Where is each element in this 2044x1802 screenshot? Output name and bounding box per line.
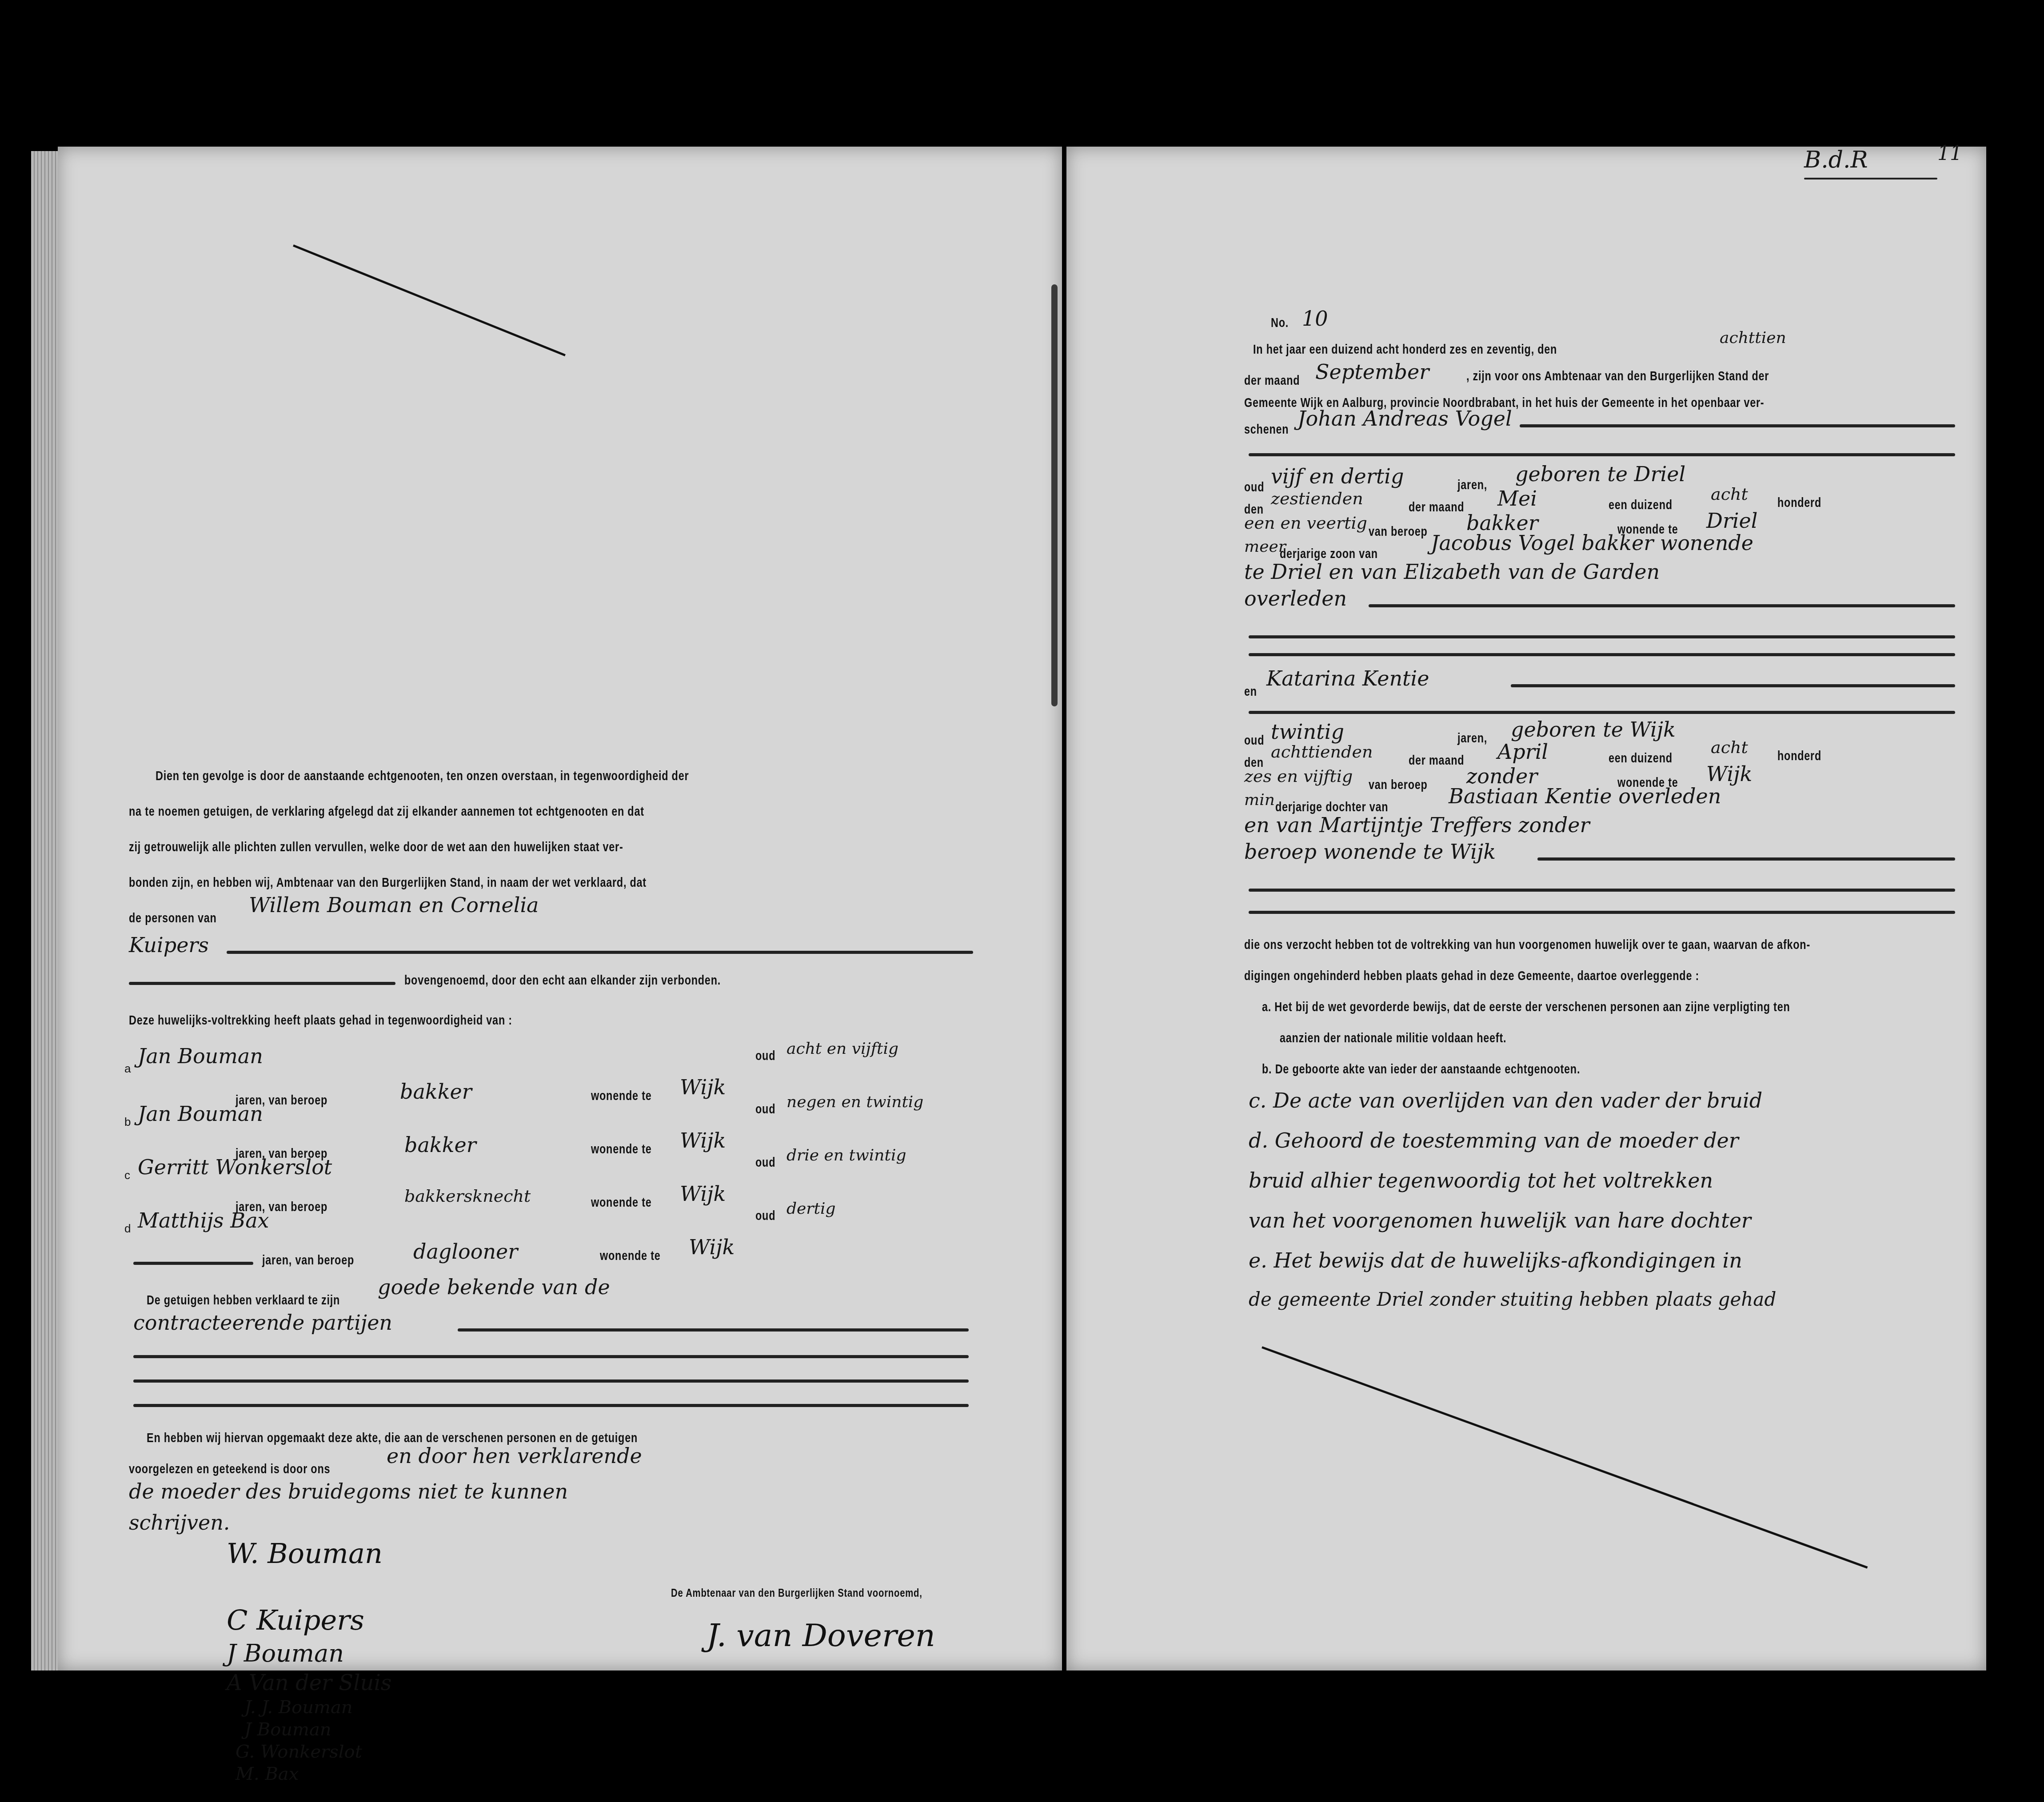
fill-line [1520,424,1955,427]
signature: G. Wonkerslot [236,1742,362,1762]
document-item-a: aanzien der nationale militie voldaan he… [1280,1031,1506,1046]
witness-name: Gerritt Wonkerslot [138,1155,332,1179]
persons-value: Willem Bouman en Cornelia [249,893,539,917]
signature: M. Bax [236,1764,299,1784]
fill-line [1511,684,1955,687]
page-number: 11 [1937,142,1962,165]
official-label: De Ambtenaar van den Burgerlijken Stand … [671,1586,922,1600]
witness-name: Jan Bouman [138,1102,263,1126]
presence-intro: Deze huwelijks-voltrekking heeft plaats … [129,1013,512,1028]
groom-birth-month: Mei [1497,486,1537,510]
handwritten-item: e. Het bewijs dat de huwelijks-afkondigi… [1249,1248,1742,1272]
closing-handwritten: schrijven. [129,1511,230,1535]
groom-birth-year: een en veertig [1244,513,1367,533]
fill-line [1249,911,1955,914]
fill-line [227,951,973,954]
document-item-b: b. De geboorte akte van ieder der aansta… [1262,1062,1580,1077]
declaration-line: Dien ten gevolge is door de aanstaande e… [156,769,689,784]
bride-parents: en van Martijntje Treffers zonder [1244,813,1589,837]
bride-residence: Wijk [1706,762,1752,786]
right-page: B.d.R 11 No. 10 In het jaar een duizend … [1066,147,1986,1670]
witness-residence: Wijk [680,1075,726,1099]
handwritten-item: bruid alhier tegenwoordig tot het voltre… [1249,1168,1713,1192]
persons-label: de personen van [129,911,217,926]
witness-statement: goede bekende van de [378,1275,610,1299]
request-text: digingen ongehinderd hebben plaats gehad… [1244,969,1699,984]
witness-age: drie en twintig [786,1146,906,1164]
register-book: Dien ten gevolge is door de aanstaande e… [31,133,1991,1697]
bride-parents: Bastiaan Kentie overleden [1449,784,1721,808]
bride-name: Katarina Kentie [1266,666,1429,690]
bride-birth-year-hundreds: acht [1711,738,1748,757]
declaration-line: bonden zijn, en hebben wij, Ambtenaar va… [129,875,647,890]
fill-line [1249,653,1955,656]
intro-text: In het jaar een duizend acht honderd zes… [1253,342,1557,357]
closing-handwritten: en door hen verklarende [387,1444,642,1468]
witness-residence: Wijk [680,1182,726,1206]
fill-line [1249,635,1955,638]
persons-value: Kuipers [129,933,209,957]
bride-birth-month: April [1497,740,1548,764]
fill-line [1249,889,1955,892]
persons-suffix: bovengenoemd, door den echt aan elkander… [404,973,721,988]
fill-line [133,1404,969,1407]
fill-line [133,1262,253,1265]
witness-residence: Wijk [680,1128,726,1152]
left-page: Dien ten gevolge is door de aanstaande e… [58,147,1062,1670]
record-number-label: No. [1271,315,1289,331]
marriage-month: September [1315,360,1429,384]
bride-birthplace: geboren te Wijk [1511,718,1676,742]
closing-handwritten: de moeder des bruidegoms niet te kunnen [129,1479,568,1503]
strike-line-bottom [1262,1346,1868,1569]
signature: J. J. Bouman [244,1697,353,1718]
marriage-day: achttien [1720,329,1786,347]
witness-statement-label: De getuigen hebben verklaard te zijn [147,1293,340,1308]
bride-birth-day: achttienden [1271,742,1373,761]
closing-text: En hebben wij hiervan opgemaakt deze akt… [147,1431,638,1446]
signature: C Kuipers [227,1604,364,1636]
record-number: 10 [1302,307,1328,331]
witness-statement: contracteerende partijen [133,1311,392,1335]
bride-parents: beroep wonende te Wijk [1244,840,1496,864]
signature: W. Bouman [227,1537,383,1570]
closing-text: voorgelezen en geteekend is door ons [129,1462,330,1477]
document-item-a: a. Het bij de wet gevorderde bewijs, dat… [1262,1000,1790,1015]
groom-parents: te Driel en van Elizabeth van de Garden [1244,560,1660,584]
fill-line [1249,453,1955,456]
underline [1804,178,1937,179]
witness-profession: bakkersknecht [404,1186,531,1206]
signature: J Bouman [244,1719,331,1740]
book-gutter [1051,284,1058,706]
signature: J Bouman [227,1639,344,1667]
groom-parents: Jacobus Vogel bakker wonende [1431,531,1753,555]
fill-line [458,1328,969,1332]
handwritten-item: de gemeente Driel zonder stuiting hebben… [1249,1288,1776,1310]
groom-age: vijf en dertig [1271,464,1404,488]
witness-age: acht en vijftig [786,1040,898,1058]
witness-profession: daglooner [413,1240,518,1264]
witness-profession: bakker [400,1080,472,1104]
bride-age: twintig [1271,720,1344,744]
fill-line [1249,711,1955,714]
groom-birth-year-hundreds: acht [1711,484,1748,504]
witness-name: Jan Bouman [138,1044,263,1068]
declaration-line: na te noemen getuigen, de verklaring afg… [129,804,644,819]
groom-name: Johan Andreas Vogel [1297,407,1512,431]
witness-profession: bakker [404,1133,476,1157]
witness-name: Matthijs Bax [138,1208,269,1232]
handwritten-item: c. De acte van overlijden van den vader … [1249,1088,1762,1112]
signature: A Van der Sluis [227,1670,391,1695]
fill-line [1537,857,1955,861]
groom-residence: Driel [1706,509,1758,533]
witness-age: negen en twintig [786,1093,923,1111]
groom-birthplace: geboren te Driel [1515,462,1685,486]
bride-birth-year: zes en vijftig [1244,766,1353,786]
strike-line-top [293,244,566,356]
declaration-line: zij getrouwelijk alle plichten zullen ve… [129,840,623,855]
official-signature: J. van Doveren [707,1617,935,1654]
fill-line [133,1379,969,1383]
archive-mark: B.d.R [1804,147,1868,173]
witness-residence: Wijk [689,1235,735,1259]
fill-line [129,982,395,985]
fill-line [133,1355,969,1358]
request-text: die ons verzocht hebben tot de voltrekki… [1244,937,1810,953]
handwritten-item: d. Gehoord de toestemming van de moeder … [1249,1128,1739,1152]
fill-line [1369,604,1955,607]
witness-age: dertig [786,1200,836,1218]
groom-parents: overleden [1244,586,1347,610]
groom-birth-day: zestienden [1271,489,1363,508]
handwritten-item: van het voorgenomen huwelijk van hare do… [1249,1208,1751,1232]
